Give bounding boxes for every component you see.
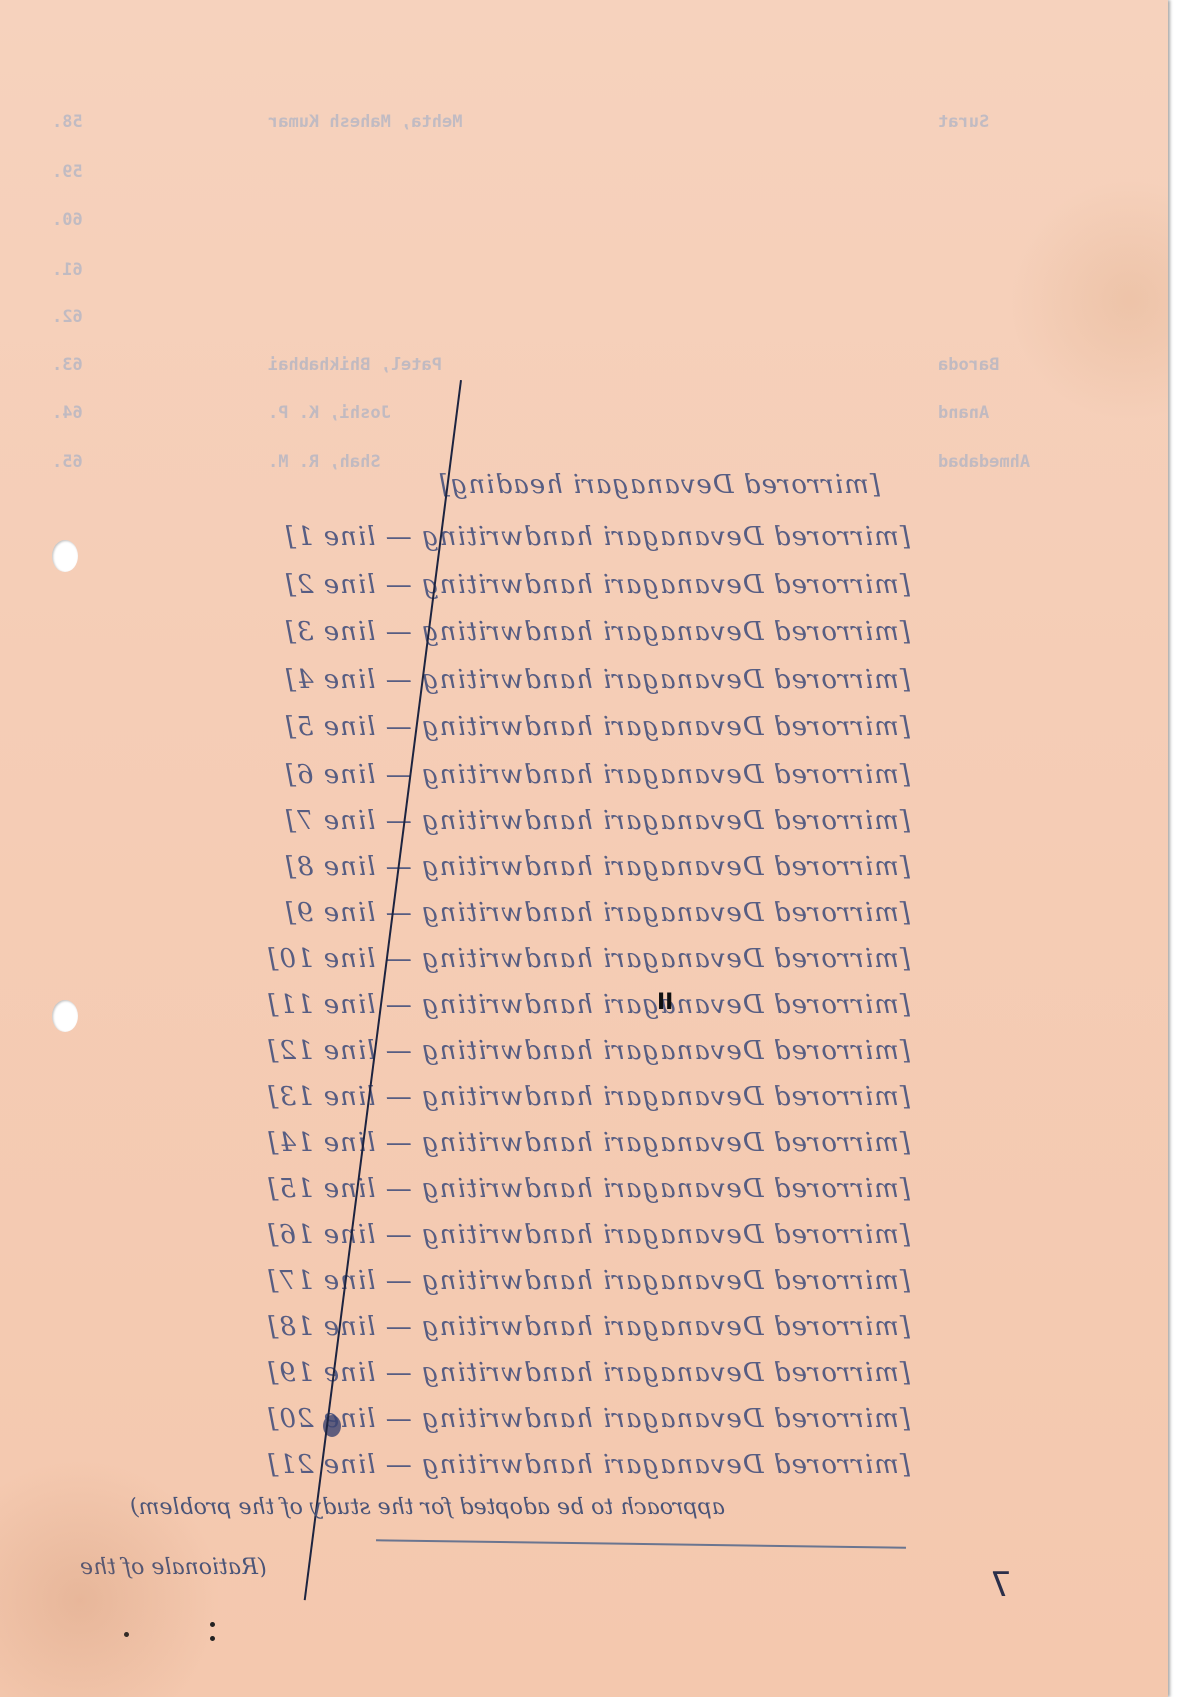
ghost-row-name: Patel, Bhikhabhai: [268, 355, 442, 375]
ghost-row-number: 59.: [52, 162, 83, 182]
page-number: 7: [990, 1565, 1012, 1605]
handwritten-line: [mirrored Devanagari handwriting — line …: [40, 1450, 910, 1480]
cancel-stroke: [304, 380, 462, 1600]
ghost-row-name: Shah, R. M.: [268, 452, 381, 472]
roman-numeral-marker: II: [657, 990, 673, 1015]
ghost-row-name: Joshi, K. P.: [268, 403, 391, 423]
paper-sheet: 58. Mehta, Mahesh Kumar Surat 59. 60. 61…: [0, 0, 1168, 1697]
caption-underline: [376, 1539, 906, 1548]
handwritten-line: [mirrored Devanagari handwriting — line …: [40, 665, 910, 695]
handwritten-line: [mirrored Devanagari handwriting — line …: [40, 1266, 910, 1296]
ghost-row-number: 65.: [52, 452, 83, 472]
handwritten-line: [mirrored Devanagari handwriting — line …: [40, 1312, 910, 1342]
caption-line-1: (Rationale of the: [80, 1555, 267, 1580]
handwritten-line: [mirrored Devanagari handwriting — line …: [40, 1036, 910, 1066]
stain-dot: [210, 1622, 215, 1627]
ghost-row-number: 61.: [52, 260, 83, 280]
handwritten-line: [mirrored Devanagari handwriting — line …: [40, 1128, 910, 1158]
ink-blot: [323, 1415, 341, 1437]
ghost-row-place: Baroda: [938, 355, 999, 375]
handwritten-line: [mirrored Devanagari handwriting — line …: [40, 990, 910, 1020]
ghost-row-place: Surat: [938, 112, 989, 132]
handwritten-line: [mirrored Devanagari handwriting — line …: [40, 944, 910, 974]
handwritten-line: [mirrored Devanagari handwriting — line …: [40, 1404, 910, 1434]
handwritten-line: [mirrored Devanagari handwriting — line …: [40, 1174, 910, 1204]
handwritten-line: [mirrored Devanagari handwriting — line …: [40, 712, 910, 742]
handwritten-line: [mirrored Devanagari handwriting — line …: [40, 760, 910, 790]
ghost-row-place: Ahmedabad: [938, 452, 1030, 472]
handwritten-line: [mirrored Devanagari handwriting — line …: [40, 1082, 910, 1112]
punch-hole: [52, 1000, 78, 1032]
stain-dot: [210, 1636, 215, 1641]
ghost-row-number: 63.: [52, 355, 83, 375]
ghost-row-name: Mehta, Mahesh Kumar: [268, 112, 462, 132]
ghost-row-number: 60.: [52, 210, 83, 230]
stain-dot: [124, 1632, 129, 1637]
caption-line-2: approach to be adopted for the study of …: [130, 1495, 725, 1520]
ghost-row-place: Anand: [938, 403, 989, 423]
handwritten-heading: [mirrored Devanagari heading]: [360, 470, 880, 500]
handwritten-line: [mirrored Devanagari handwriting — line …: [40, 852, 910, 882]
handwritten-line: [mirrored Devanagari handwriting — line …: [40, 570, 910, 600]
handwritten-line: [mirrored Devanagari handwriting — line …: [40, 806, 910, 836]
ghost-row-number: 64.: [52, 403, 83, 423]
handwritten-line: [mirrored Devanagari handwriting — line …: [40, 898, 910, 928]
handwritten-line: [mirrored Devanagari handwriting — line …: [40, 1358, 910, 1388]
punch-hole: [52, 540, 78, 572]
handwritten-line: [mirrored Devanagari handwriting — line …: [40, 617, 910, 647]
ghost-row-number: 58.: [52, 112, 83, 132]
handwritten-line: [mirrored Devanagari handwriting — line …: [40, 522, 910, 552]
ghost-row-number: 62.: [52, 307, 83, 327]
handwritten-line: [mirrored Devanagari handwriting — line …: [40, 1220, 910, 1250]
